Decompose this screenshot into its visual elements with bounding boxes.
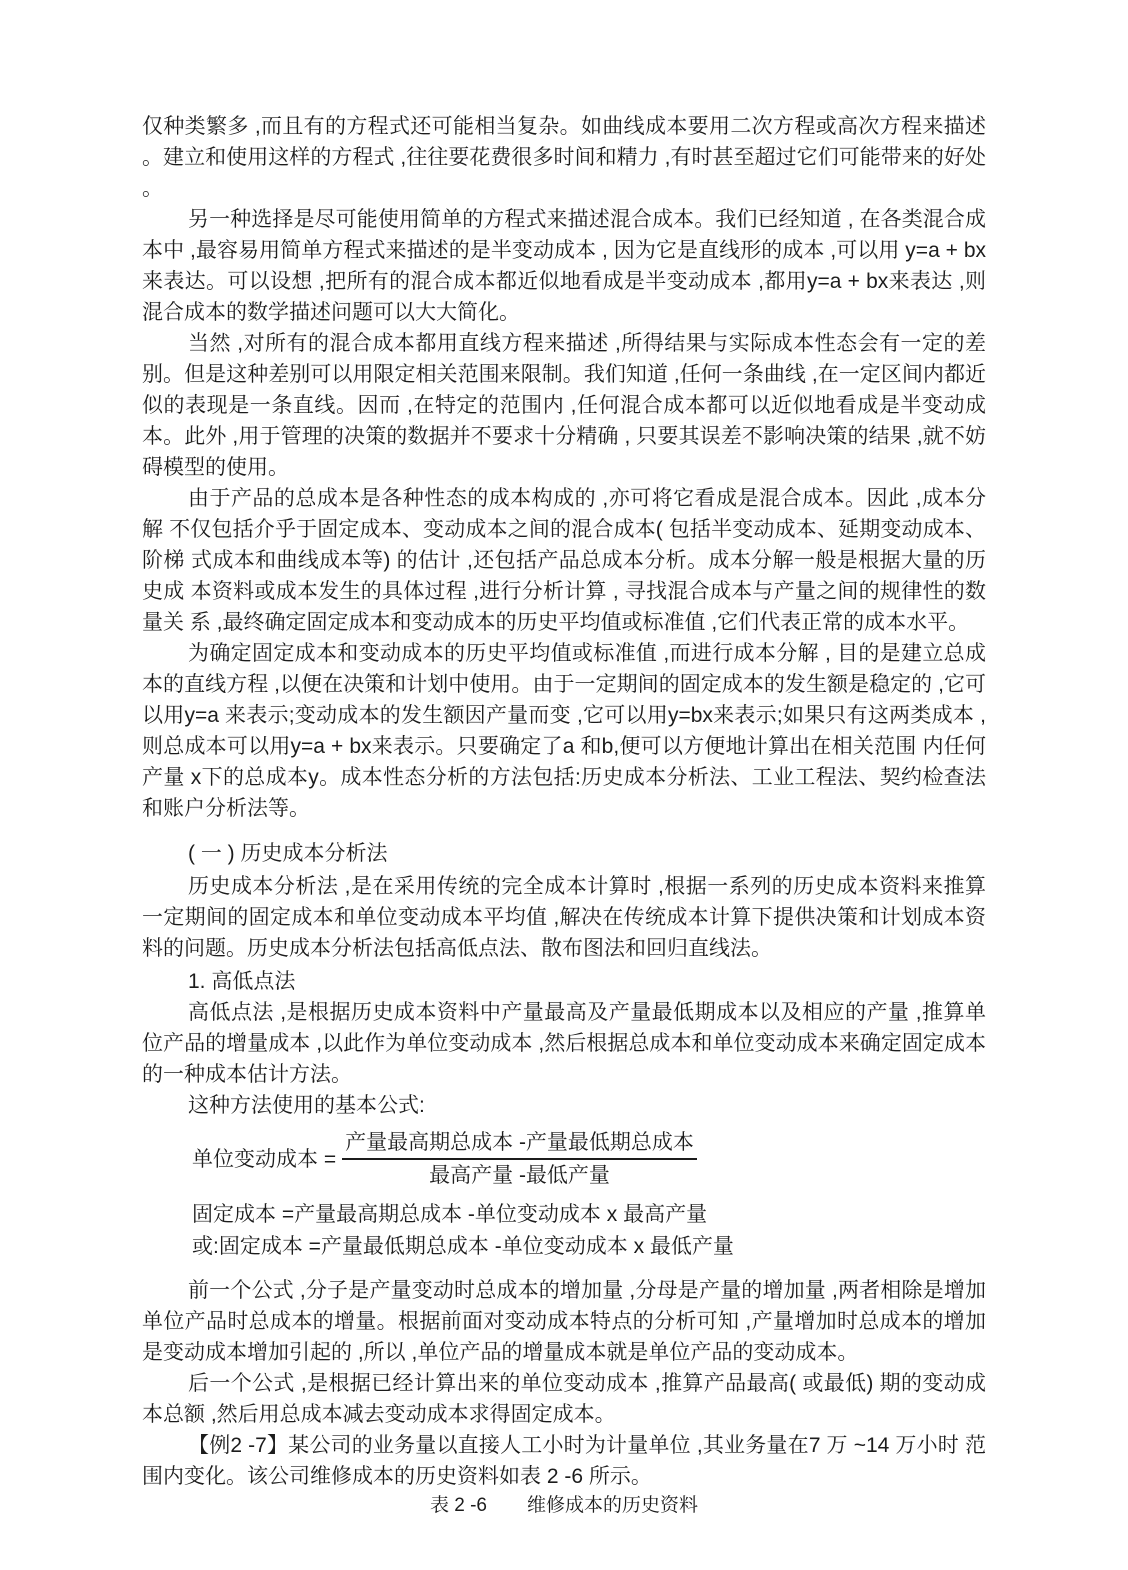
formula-fixed-cost-alt: 或:固定成本 =产量最低期总成本 -单位变动成本 x 最低产量 xyxy=(192,1231,986,1263)
document-body: 仅种类繁多 ,而且有的方程式还可能相当复杂。如曲线成本要用二次方程或高次方程来描… xyxy=(142,111,986,1520)
section-heading: ( 一 ) 历史成本分析法 xyxy=(142,838,986,869)
formula-numerator: 产量最高期总成本 -产量最低期总成本 xyxy=(342,1129,697,1160)
paragraph-total-cost: 由于产品的总成本是各种性态的成本构成的 ,亦可将它看成是混合成本。因此 ,成本分… xyxy=(142,483,986,638)
paragraph-high-low-definition: 高低点法 ,是根据历史成本资料中产量最高及产量最低期成本以及相应的产量 ,推算单… xyxy=(142,997,986,1090)
paragraph-alternative: 另一种选择是尽可能使用简单的方程式来描述混合成本。我们已经知道 , 在各类混合成… xyxy=(142,204,986,328)
table-caption: 表 2 -6维修成本的历史资料 xyxy=(142,1492,986,1520)
paragraph-formula-latter: 后一个公式 ,是根据已经计算出来的单位变动成本 ,推算产品最高( 或最低) 期的… xyxy=(142,1368,986,1430)
formula-unit-variable-cost: 单位变动成本 =产量最高期总成本 -产量最低期总成本最高产量 -最低产量 xyxy=(192,1129,986,1189)
paragraph-of-course: 当然 ,对所有的混合成本都用直线方程来描述 ,所得结果与实际成本性态会有一定的差… xyxy=(142,328,986,483)
method-heading: 1. 高低点法 xyxy=(142,966,986,997)
formula-fraction: 产量最高期总成本 -产量最低期总成本最高产量 -最低产量 xyxy=(342,1129,697,1189)
paragraph-historical-method: 历史成本分析法 ,是在采用传统的完全成本计算时 ,根据一系列的历史成本资料来推算… xyxy=(142,871,986,964)
paragraph-formula-former: 前一个公式 ,分子是产量变动时总成本的增加量 ,分母是产量的增加量 ,两者相除是… xyxy=(142,1275,986,1368)
paragraph-continuation: 仅种类繁多 ,而且有的方程式还可能相当复杂。如曲线成本要用二次方程或高次方程来描… xyxy=(142,111,986,204)
table-caption-label: 表 2 -6 xyxy=(430,1495,487,1516)
document-page: 仅种类繁多 ,而且有的方程式还可能相当复杂。如曲线成本要用二次方程或高次方程来描… xyxy=(0,0,1128,1570)
formula-lhs: 单位变动成本 = xyxy=(192,1144,336,1175)
paragraph-formula-intro: 这种方法使用的基本公式: xyxy=(142,1090,986,1121)
paragraph-example-2-7: 【例2 -7】某公司的业务量以直接人工小时为计量单位 ,其业务量在7 万 ~14… xyxy=(142,1430,986,1492)
formula-block: 单位变动成本 =产量最高期总成本 -产量最低期总成本最高产量 -最低产量 固定成… xyxy=(192,1129,986,1263)
formula-denominator: 最高产量 -最低产量 xyxy=(342,1160,697,1189)
paragraph-purpose: 为确定固定成本和变动成本的历史平均值或标准值 ,而进行成本分解 , 目的是建立总… xyxy=(142,638,986,824)
formula-fixed-cost: 固定成本 =产量最高期总成本 -单位变动成本 x 最高产量 xyxy=(192,1199,986,1231)
table-caption-title: 维修成本的历史资料 xyxy=(527,1495,698,1516)
